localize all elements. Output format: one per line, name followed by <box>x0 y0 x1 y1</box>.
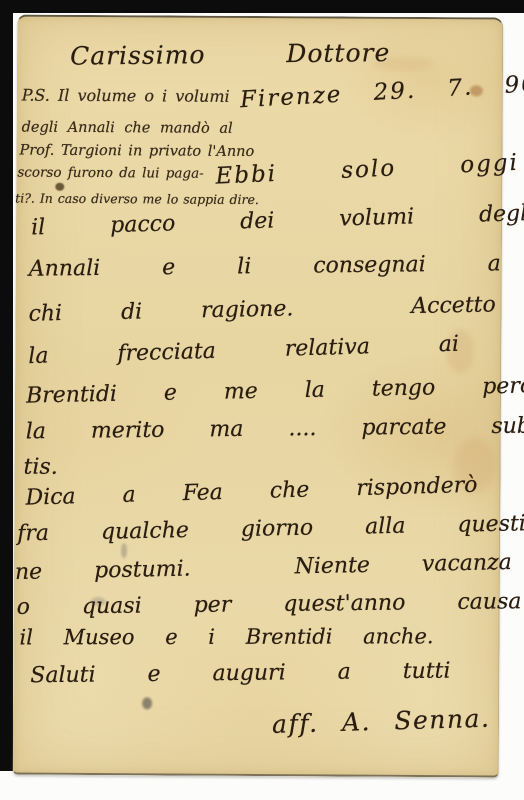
body-line: il pacco dei volumi degli <box>31 203 524 239</box>
signature-line: aff. A. Senna. <box>272 706 491 737</box>
stain <box>55 183 64 191</box>
body-line: Annali e li consegnai a <box>29 253 501 280</box>
stain <box>142 697 152 709</box>
body-line: Ebbi solo oggi <box>215 152 519 189</box>
body-line: ne postumi. Niente vacanza <box>15 552 512 584</box>
body-line: Brentidi e me la tengo perchè <box>26 375 524 408</box>
scanner-backdrop-top <box>0 0 524 13</box>
stain <box>121 543 127 558</box>
greeting-line: Carissimo Dottore <box>70 40 390 69</box>
body-line: il Museo e i Brentidi anche. <box>19 626 433 648</box>
scanner-backdrop-left <box>0 0 13 771</box>
body-line: o quasi per quest'anno causa <box>17 591 522 619</box>
postscript-line: Prof. Targioni in privato l'Anno <box>19 144 254 160</box>
postscript-line: P.S. Il volume o i volumi <box>22 88 230 105</box>
postcard: Carissimo Dottore P.S. Il volume o i vol… <box>13 15 504 778</box>
body-line: la frecciata relativa ai <box>28 334 459 368</box>
postscript-line: scorso furono da lui paga- <box>17 167 203 182</box>
body-line: la merito ma .... parcate subjec- <box>26 415 524 443</box>
body-line: chi di ragione. Accetto <box>28 294 496 325</box>
postscript-line: ti?. In caso diverso me lo sappia dire. <box>15 193 259 207</box>
postscript-line: degli Annali che mandò al <box>22 121 233 137</box>
body-line: Saluti e auguri a tutti <box>30 661 450 688</box>
date-line: Firenze 29. 7. 96. <box>239 72 524 112</box>
body-line: tis. <box>23 457 57 479</box>
scanned-document: Carissimo Dottore P.S. Il volume o i vol… <box>0 0 524 800</box>
body-line: fra qualche giorno alla questio- <box>17 513 524 546</box>
body-line: Dica a Fea che risponderò — <box>25 473 524 510</box>
